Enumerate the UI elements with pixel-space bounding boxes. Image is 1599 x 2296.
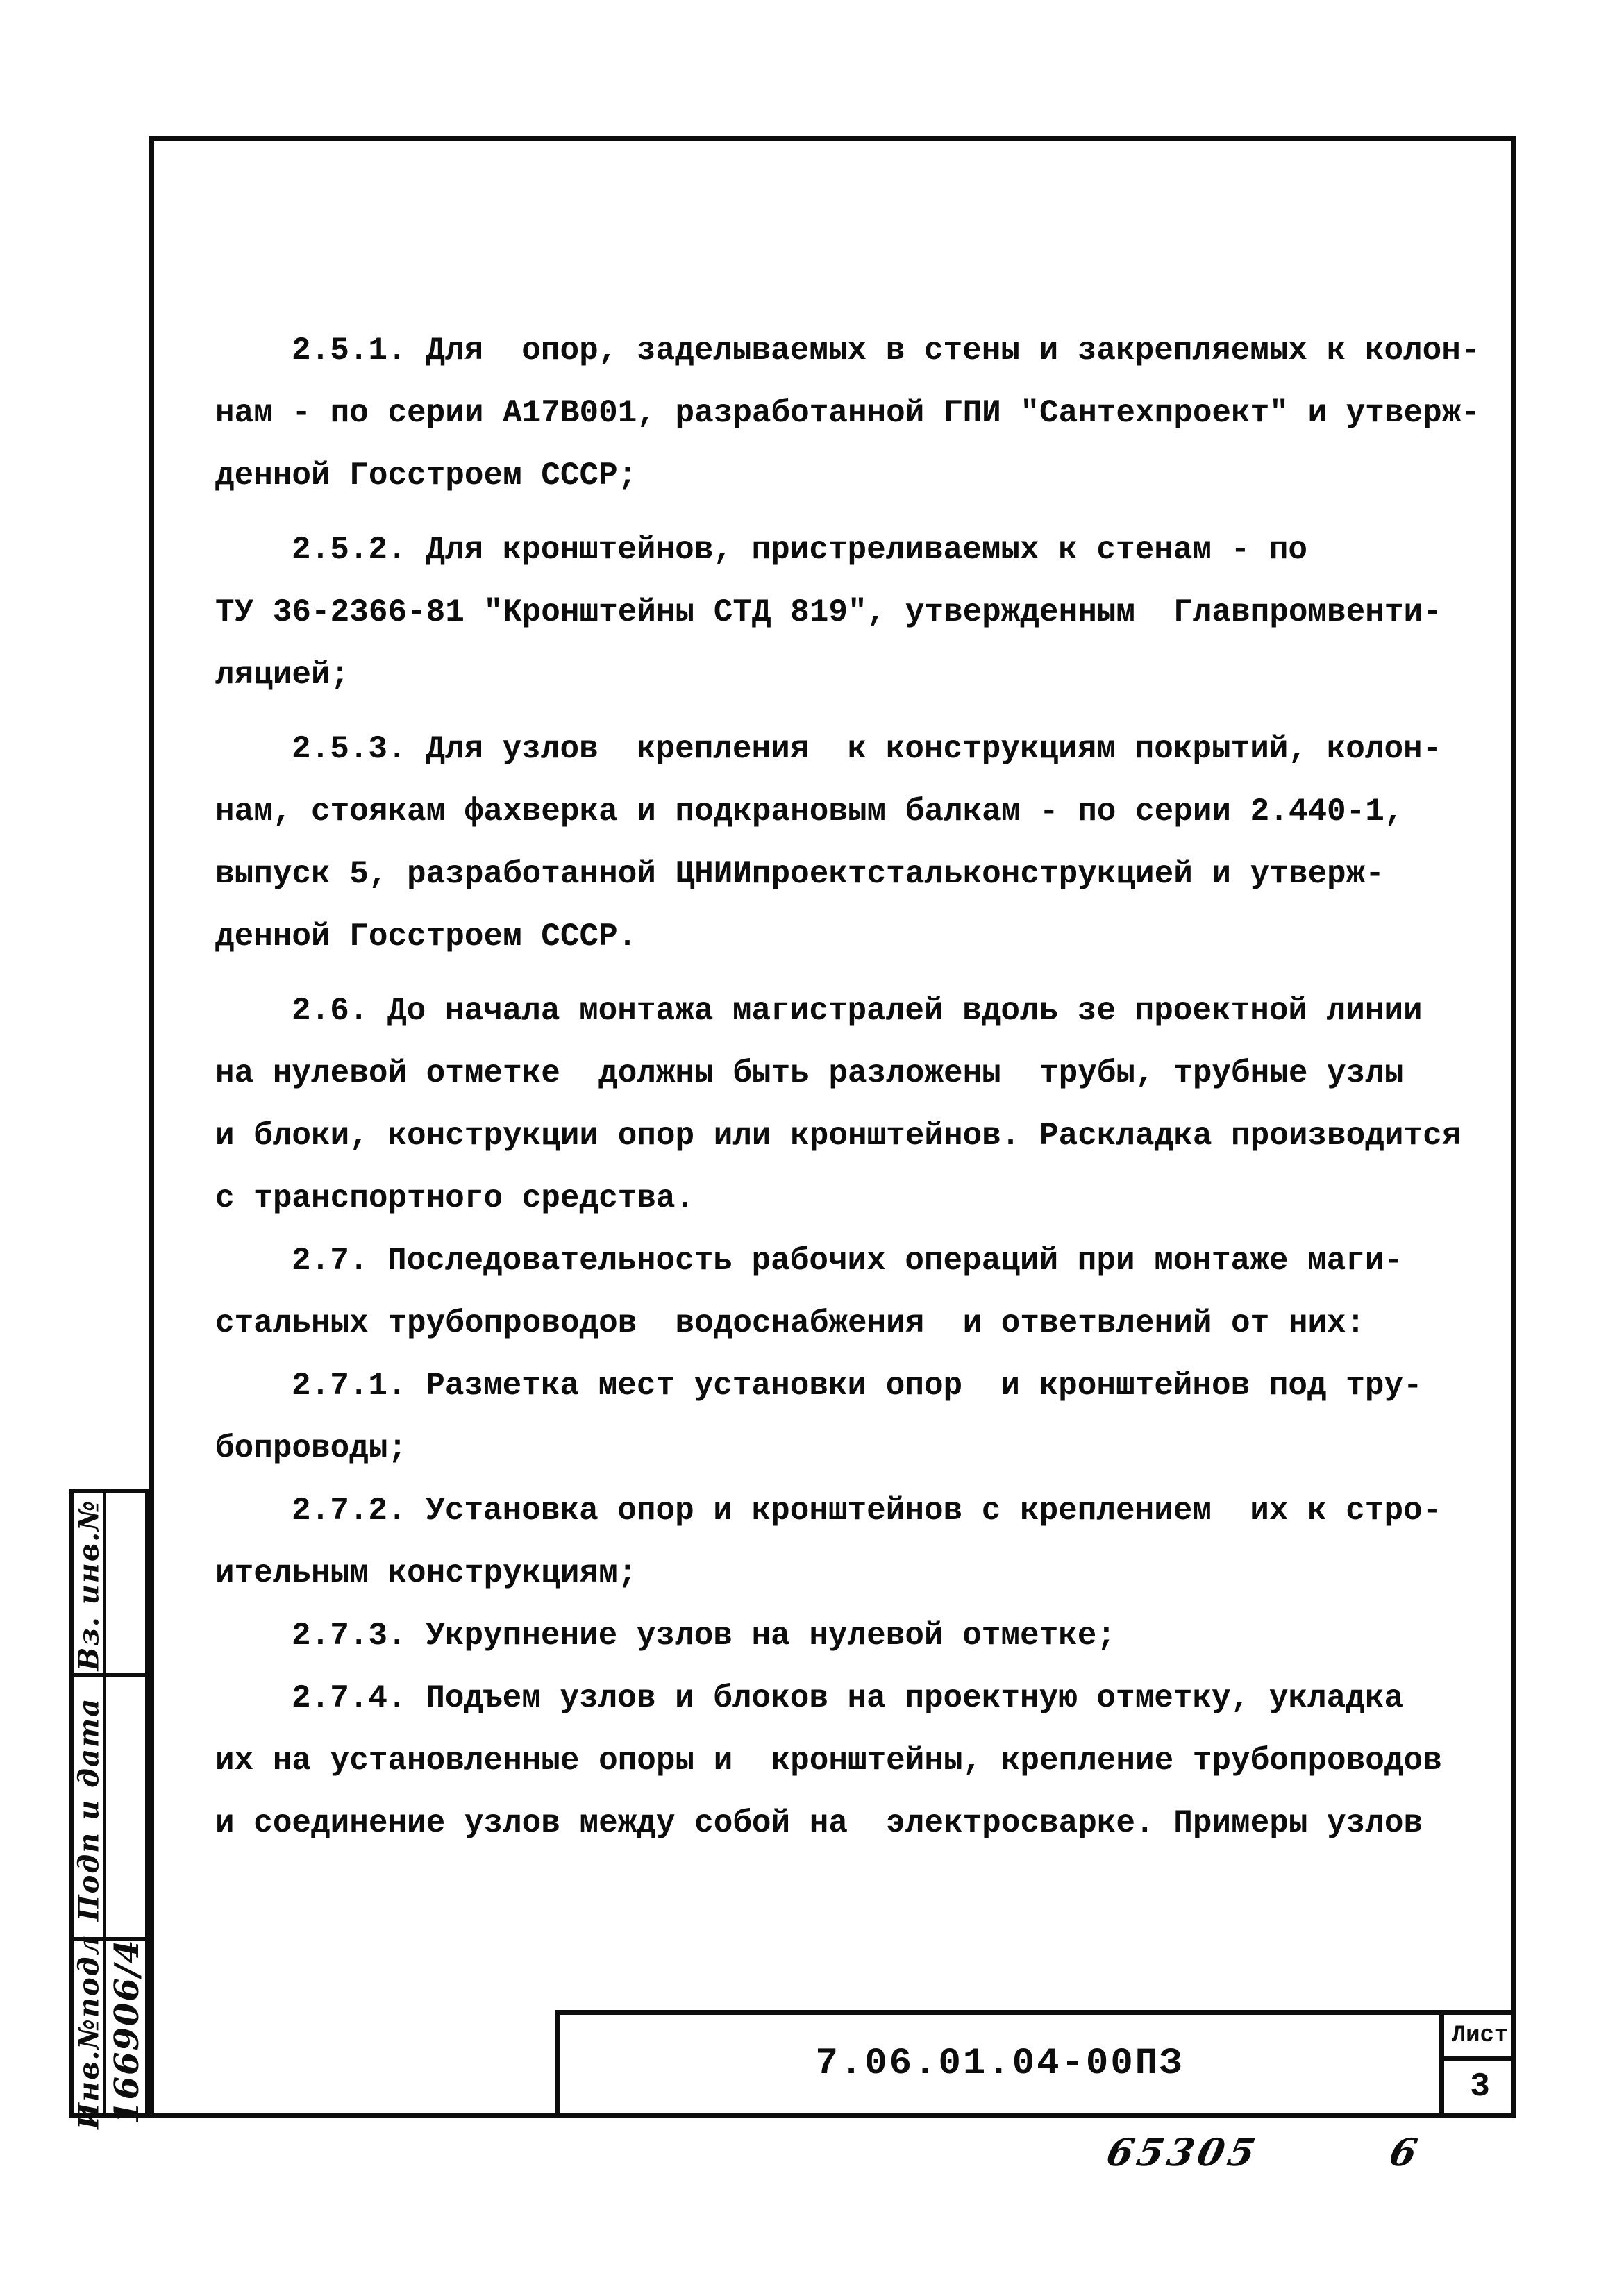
body-line: и соединение узлов между собой на электр…	[215, 1792, 1486, 1854]
body-line: ТУ 36-2366-81 "Кронштейны СТД 819", утве…	[215, 581, 1486, 644]
paragraph-2-5-1: 2.5.1. Для опор, заделываемых в стены и …	[215, 319, 1486, 507]
stamp-column: Вз. инв.№ Подп и дата Инв.№подл 166906/4	[69, 1489, 149, 2118]
stamp-row-divider	[74, 1673, 145, 1677]
body-line: бопроводы;	[215, 1417, 1486, 1480]
paragraph-2-7-2: 2.7.2. Установка опор и кронштейнов с кр…	[215, 1480, 1486, 1604]
stamp-label-podp-data: Подп и дата	[73, 1698, 106, 1921]
body-line: ительным конструкциям;	[215, 1542, 1486, 1604]
sheet-label: Лист	[1444, 2015, 1516, 2056]
body-line: 2.7. Последовательность рабочих операций…	[215, 1230, 1486, 1292]
sheet-cell-divider	[1439, 2056, 1511, 2061]
body-line: 2.6. До начала монтажа магистралей вдоль…	[215, 980, 1486, 1042]
document-code: 7.06.01.04-00ПЗ	[560, 2015, 1439, 2113]
body-line: нам, стоякам фахверка и подкрановым балк…	[215, 780, 1486, 843]
body-line: на нулевой отметке должны быть разложены…	[215, 1042, 1486, 1105]
sheet-number: 3	[1444, 2061, 1516, 2113]
body-line: денной Госстроем СССР.	[215, 905, 1486, 968]
stamp-label-inv-podl: Инв.№подл	[73, 1934, 106, 2129]
paragraph-2-7-4: 2.7.4. Подъем узлов и блоков на проектну…	[215, 1667, 1486, 1854]
title-block: 7.06.01.04-00ПЗ Лист 3	[555, 2010, 1516, 2118]
body-line: ляцией;	[215, 644, 1486, 706]
body-line: выпуск 5, разработанной ЦНИИпроектстальк…	[215, 843, 1486, 905]
body-line: 2.5.2. Для кронштейнов, пристреливаемых …	[215, 519, 1486, 581]
title-block-divider	[1439, 2015, 1444, 2113]
paragraph-2-7-1: 2.7.1. Разметка мест установки опор и кр…	[215, 1355, 1486, 1480]
paragraph-2-7: 2.7. Последовательность рабочих операций…	[215, 1230, 1486, 1355]
body-line: 2.7.4. Подъем узлов и блоков на проектну…	[215, 1667, 1486, 1729]
document-body: 2.5.1. Для опор, заделываемых в стены и …	[215, 319, 1486, 1854]
body-line: и блоки, конструкции опор или кронштейно…	[215, 1105, 1486, 1167]
body-line: 2.7.3. Укрупнение узлов на нулевой отмет…	[215, 1604, 1486, 1667]
paragraph-2-5-2: 2.5.2. Для кронштейнов, пристреливаемых …	[215, 519, 1486, 706]
body-line: 2.7.1. Разметка мест установки опор и кр…	[215, 1355, 1486, 1417]
body-line: их на установленные опоры и кронштейны, …	[215, 1729, 1486, 1792]
stamp-label-vz-inv: Вз. инв.№	[73, 1499, 106, 1670]
stamp-inventory-number: 166906/4	[108, 1938, 146, 2124]
body-line: 2.5.3. Для узлов крепления к конструкция…	[215, 718, 1486, 780]
body-line: стальных трубопроводов водоснабжения и о…	[215, 1292, 1486, 1355]
body-line: с транспортного средства.	[215, 1167, 1486, 1230]
body-line: 2.5.1. Для опор, заделываемых в стены и …	[215, 319, 1486, 382]
handwritten-note: 65305 6	[1103, 2130, 1425, 2175]
paragraph-2-6: 2.6. До начала монтажа магистралей вдоль…	[215, 980, 1486, 1230]
paragraph-2-7-3: 2.7.3. Укрупнение узлов на нулевой отмет…	[215, 1604, 1486, 1667]
body-line: денной Госстроем СССР;	[215, 444, 1486, 507]
paragraph-2-5-3: 2.5.3. Для узлов крепления к конструкция…	[215, 718, 1486, 968]
body-line: 2.7.2. Установка опор и кронштейнов с кр…	[215, 1480, 1486, 1542]
body-line: нам - по серии А17В001, разработанной ГП…	[215, 382, 1486, 444]
